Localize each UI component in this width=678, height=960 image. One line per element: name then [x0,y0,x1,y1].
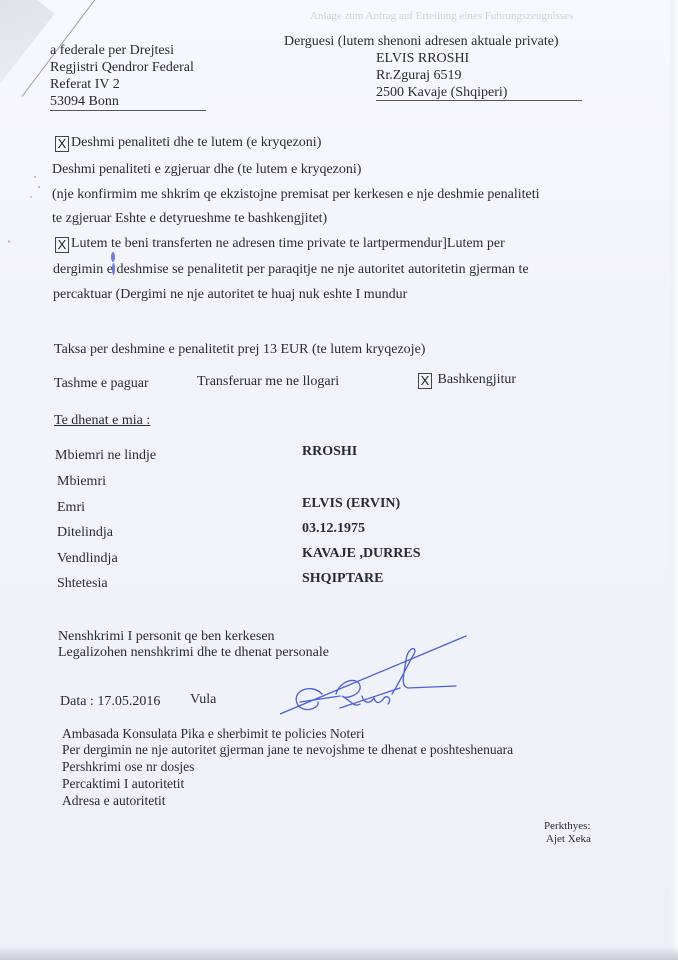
field-label-citizenship: Shtetesia [57,576,108,592]
fee-attached-option[interactable]: X Bashkengjitur [418,372,516,389]
translator-name: Ajet Xeka [546,833,591,846]
sender-city: 2500 Kavaje (Shqiperi) [376,85,507,101]
ink-mark [112,263,115,275]
option-certificate[interactable]: XDeshmi penaliteti dhe te lutem (e kryqe… [55,135,321,152]
sender-rule [376,100,582,101]
page-bottom-shadow [0,946,678,960]
checkbox-attached[interactable]: X [418,373,432,389]
signature-label: Nenshkrimi I personit qe ben kerkesen [58,629,275,645]
option-transfer-line: Lutem te beni transferten ne adresen tim… [71,236,505,251]
ink-speck [34,176,36,178]
authority-line: Ambasada Konsulata Pika e sherbimit te p… [62,726,365,742]
fee-text: Taksa per deshmine e penalitetit prej 13… [54,342,425,358]
sender-name: ELVIS RROSHI [376,51,469,67]
recipient-line: 53094 Bonn [50,94,119,110]
authority-line: Pershkrimi ose nr dosjes [62,759,194,775]
option-certificate-label: Deshmi penaliteti dhe te lutem (e kryqez… [71,135,321,150]
page-edge [670,0,678,960]
checkbox-certificate[interactable]: X [55,136,69,152]
field-label-birthdate: Ditelindja [57,525,113,541]
date-label: Data : 17.05.2016 [60,694,160,710]
checkbox-transfer[interactable]: X [55,237,69,253]
fee-attached-label: Bashkengjitur [438,372,517,387]
field-value-birth-surname: RROSHI [302,444,357,460]
option-extended-note: te zgjeruar Eshte e detyrueshme te bashk… [52,211,327,227]
field-value-birthdate: 03.12.1975 [302,521,365,537]
field-label-first-name: Emri [57,500,85,516]
option-transfer-line: percaktuar (Dergimi ne nje autoritet te … [53,287,407,303]
fee-paid-option[interactable]: Tashme e paguar [54,376,149,392]
sender-heading: Derguesi (lutem shenoni adresen aktuale … [284,34,559,50]
authority-line: Per dergimin ne nje autoritet gjerman ja… [62,742,513,758]
authority-line: Percaktimi I autoritetit [62,776,184,792]
recipient-rule [50,110,206,111]
fee-transferred-option[interactable]: Transferuar me ne llogari [197,374,339,390]
option-extended-note: (nje konfirmim me shkrim qe ekzistojne p… [52,187,540,203]
sender-street: Rr.Zguraj 6519 [376,68,462,84]
ink-mark [111,252,115,262]
handwritten-signature [280,630,480,730]
recipient-line: a federale per Drejtesi [50,43,174,59]
personal-heading: Te dhenat e mia : [54,413,150,429]
ink-speck [38,186,40,188]
field-value-birthplace: KAVAJE ,DURRES [302,546,421,562]
field-label-surname: Mbiemri [57,474,106,490]
ink-speck [30,196,32,198]
field-label-birthplace: Vendlindja [57,551,118,567]
ink-speck [8,240,10,243]
field-value-citizenship: SHQIPTARE [302,571,383,587]
option-extended-label[interactable]: Deshmi penaliteti e zgjeruar dhe (te lut… [52,162,361,178]
translator-label: Perkthyes: [544,820,590,833]
field-value-first-name: ELVIS (ERVIN) [302,496,400,512]
bleed-through-text [300,66,303,78]
option-transfer-line: dergimin e deshmise se penalitetit per p… [53,262,529,278]
seal-label: Vula [190,692,216,708]
authority-line: Adresa e autoritetit [62,793,165,809]
option-transfer[interactable]: XLutem te beni transferten ne adresen ti… [55,236,505,253]
scanned-document-page: Anlage zum Antrag auf Erteilung eines Fu… [0,0,678,960]
folded-corner [0,0,55,187]
field-label-birth-surname: Mbiemri ne lindje [55,448,156,464]
recipient-line: Referat IV 2 [50,77,120,93]
bleed-through-text: Anlage zum Antrag auf Erteilung eines Fu… [310,10,573,22]
recipient-line: Regjistri Qendror Federal [50,60,194,76]
